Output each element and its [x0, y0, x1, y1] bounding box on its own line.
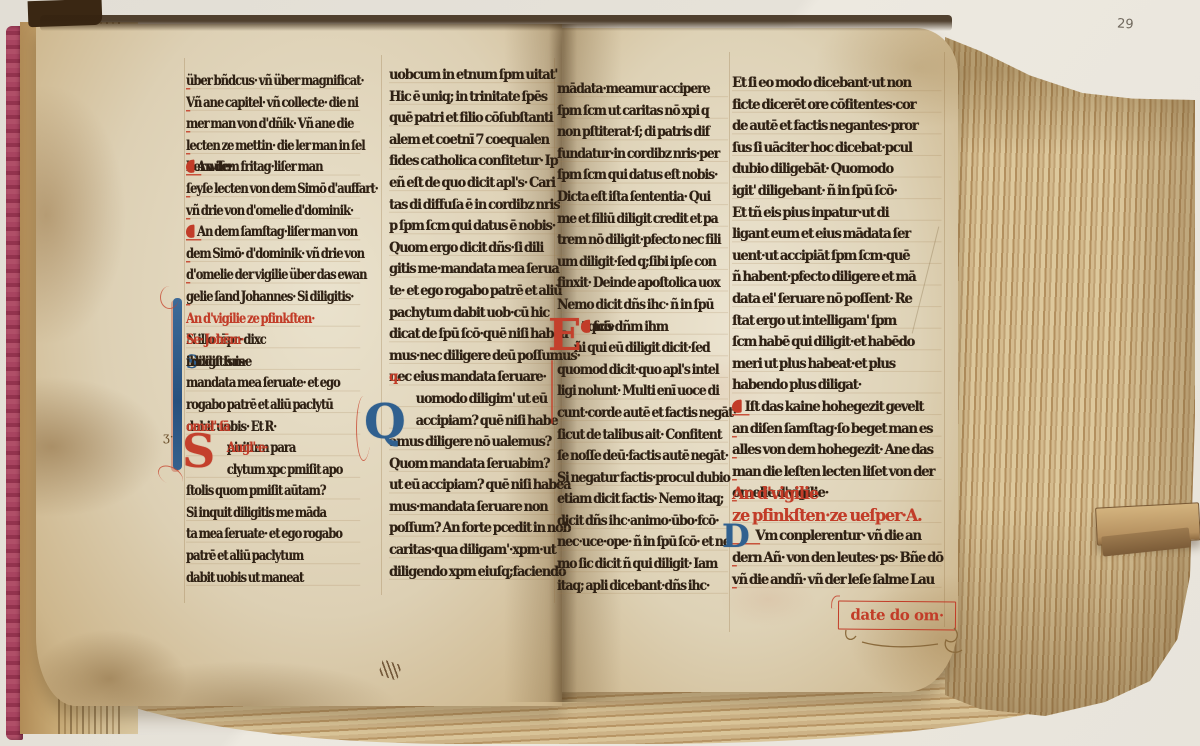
manuscript-text-line: dicat de ſpū ſcō·quē niſi habea	[389, 324, 566, 346]
manuscript-text-line: ta mea ſeruate· et ego rogabo	[186, 524, 360, 546]
initial-e-et-quis: E	[548, 314, 582, 358]
rubric-paragraph-mark	[732, 399, 742, 413]
manuscript-text-line: eñ eſt de quo dicit apl's· Cari	[389, 173, 566, 195]
manuscript-text-line: igit' diligebant· ñ in ſpū ſcō·	[732, 181, 942, 203]
manuscript-text-line: vñ die andñ· vñ der leſe ſalme Lau	[732, 570, 737, 592]
manuscript-text-line: pachytum dabit uob·cū hic	[389, 303, 566, 325]
initial-d-dum: D	[722, 520, 750, 552]
manuscript-text-line: ficte dicerēt ore cōfitentes·cor	[732, 95, 942, 117]
manuscript-text-line: An d'vigilie ze pfinkſten·	[186, 309, 360, 331]
manuscript-text-line: ſe noſſe deū·factis autē negāt·	[557, 446, 728, 468]
ruling-line	[944, 52, 945, 627]
manuscript-text-line: gitis me·mandata mea ſerua	[389, 259, 566, 281]
manuscript-text-line: uomodo diligim' ut eū	[389, 389, 566, 411]
manuscript-text-line: Nemo dicit dñs ihc· ñ in ſpū	[557, 295, 728, 317]
manuscript-text-line: me et filiū diligit credit et pa	[557, 209, 728, 231]
manuscript-text-line: dabit uobis ut maneat	[186, 568, 360, 590]
manuscript-column-d: Et ſi eo modo dicebant·ut nonficte dicer…	[732, 73, 942, 591]
manuscript-text-line: alles von dem hohegezit· Ane das	[732, 440, 737, 462]
manuscript-text-line: Et tñ eis pius inpatur·ut di	[732, 203, 942, 225]
manuscript-text-line: nec·uce·ope· ñ in ſpū ſcō· et ne	[557, 532, 728, 554]
rubric-paragraph-mark	[186, 225, 195, 239]
manuscript-text-line: ſpm ſcm qui datus eſt nobis·	[557, 165, 728, 187]
manuscript-text-line: data ei' ſeruare nō poſſent· Re	[732, 289, 942, 311]
manuscript-text-line: ñ habent·pfecto diligere et mā	[732, 267, 942, 289]
manuscript-text-line: ſtat ergo ut intelligam' ſpm	[732, 311, 942, 333]
manuscript-text-line: ihc diſ· ſuis· Si diligitis me	[186, 352, 360, 374]
manuscript-text-line: dicit dñs ihc·animo·ūbo·fcō·	[557, 511, 728, 533]
manuscript-text-line: ſus ſi uāciter hoc dicebat·pcul	[732, 138, 942, 160]
manuscript-text-line: habendo plus diligat·	[732, 375, 942, 397]
manuscript-text-line: über bñdcus· vñ über magnificat·	[186, 71, 190, 93]
manuscript-text-line: mandata mea ſeruate· et ego	[186, 373, 360, 395]
manuscript-text-line: amus diligere nō ualemus?	[389, 432, 566, 454]
penwork-flourish	[160, 286, 179, 309]
manuscript-text-line: nec eius mandata ſeruare· q.	[389, 367, 566, 389]
manuscript-text-line: te· et ego rogabo patrē et aliū	[389, 281, 566, 303]
manuscript-text-line: itaq; apli dicebant·dñs ihc·	[557, 576, 728, 598]
manuscript-text-line: Iſt das kaine hohegezit gevelt	[732, 397, 749, 419]
initial-s-spiritum: S	[182, 428, 215, 474]
manuscript-text-line: N illo tēpr· dixc Se· Johēm·	[186, 330, 360, 352]
rubric-paragraph-mark	[186, 160, 195, 174]
manuscript-text-line: ligant eum et eius mādata ſer	[732, 224, 942, 246]
manuscript-text-line: Si inquit diligitis me māda	[186, 503, 360, 525]
manuscript-text-line: ſeyſe lecten von dem Simō d'auffart·	[186, 179, 190, 201]
manuscript-text-line: gelie ſand Johannes· Si diligitis·	[186, 287, 190, 309]
manuscript-text-line: finxit· Deinde apoſtolica uox	[557, 273, 728, 295]
manuscript-text-line: uobcum in etnum ſpm uitat'	[389, 65, 566, 87]
manuscript-text-line: tas di diffuſa ē in cordibz nris	[389, 195, 566, 217]
manuscript-text-line: t quis dñm ihm ſcō·	[557, 317, 728, 339]
manuscript-text-line: dubio diligebāt· Quomodo	[732, 159, 942, 181]
manuscript-text-line: quē patri et filio cōſubſtanti	[389, 108, 566, 130]
manuscript-text-line: rogabo patrē et aliū paclytū	[186, 395, 360, 417]
manuscript-text-line: an diſen ſamſtag·ſo beget man es	[732, 419, 737, 441]
manuscript-text-line: ſtolis quom pmiſit aūtam?	[186, 481, 360, 503]
manuscript-text-line: cunt·corde autē et factis negāt·	[557, 403, 728, 425]
manuscript-text-line: ze pfinkſten·ze ueſper·A.	[732, 505, 942, 527]
manuscript-text-line: ſicut de talibus ait· Confitent	[557, 425, 728, 447]
ruling-line	[381, 55, 382, 595]
manuscript-column-a: über bñdcus· vñ über magnificat·Vñ ane c…	[186, 71, 360, 589]
manuscript-column-c: mādata·meamur accipereſpm ſcm ut caritas…	[557, 79, 728, 597]
top-page-edge-shadow	[40, 15, 952, 31]
quire-margin-mark: ʒ·	[163, 430, 174, 444]
manuscript-text-line: p ſpm ſcm qui datus ē nobis·	[389, 216, 566, 238]
manuscript-text-line: quomod dicit·quo apl's intel	[557, 360, 728, 382]
manuscript-text-line: ligi nolunt· Multi enī uoce di	[557, 381, 728, 403]
manuscript-text-line: Et ſi eo modo dicebant·ut non	[732, 73, 942, 95]
manuscript-text-line: Si negatur factis·procul dubio	[557, 468, 728, 490]
manuscript-text-line: mus·nec diligere deū poſſumus·	[389, 346, 566, 368]
manuscript-text-line: uent·ut accipiāt ſpm ſcm·quē	[732, 246, 942, 268]
penwork-flourish	[356, 396, 371, 461]
manuscript-text-line: man die leſten lecten liſet von der	[732, 462, 737, 484]
manuscript-text-line: mer man von d'dñik· Vñ ane die	[186, 114, 190, 136]
rubric-paragraph-mark	[581, 319, 590, 333]
manuscript-text-line: ut eū accipiam? quē niſi habea	[389, 475, 566, 497]
manuscript-text-line: meri ut plus habeat·et plus	[732, 354, 942, 376]
manuscript-text-line: trem nō diligit·pfecto nec fili	[557, 230, 728, 252]
manuscript-text-line: ſpm ſcm ut caritas nō xpi q	[557, 101, 728, 123]
manuscript-column-b: uobcum in etnum ſpm uitat'Hic ē uniq; in…	[389, 65, 566, 583]
manuscript-text-line: diligendo xpm eiuſq;faciendo	[389, 562, 566, 584]
folio-number: 29	[1117, 17, 1134, 33]
manuscript-text-line: Hic ē uniq; in trinitate ſpēs	[389, 87, 566, 109]
penwork-tail	[551, 360, 553, 424]
manuscript-text-line: caritas·qua diligam'·xpm·ut	[389, 540, 566, 562]
manuscript-text-line: d'omelie der vigilie über das ewan	[186, 265, 190, 287]
manuscript-text-line: um diligit·ſed q;ſibi ipſe con	[557, 252, 728, 274]
fore-edge-page-stack	[945, 30, 1195, 730]
manuscript-text-line: mādata·meamur accipere	[557, 79, 728, 101]
pen-doodle	[842, 626, 982, 666]
manuscript-text-line: de autē et factis negantes·pror	[732, 116, 942, 138]
manuscript-text-line: fundatur·in cordibz nris·per	[557, 144, 728, 166]
manuscript-text-line: omelie d'vigilie· An d'vigilie	[732, 483, 737, 505]
manuscript-text-line: alem et coetnī 7 coequalen	[389, 130, 566, 152]
manuscript-text-line: non pſtiterat·ſ; di patris dif	[557, 122, 728, 144]
ruling-line	[184, 58, 185, 603]
manuscript-text-line: Quom mandata ſeruabim?	[389, 454, 566, 476]
manuscript-text-line: mus·mandata ſeruare non	[389, 497, 566, 519]
manuscript-text-line: poſſum? An forte pcedit in nob	[389, 518, 566, 540]
manuscript-text-line: accipiam? quē niſi habe	[389, 411, 566, 433]
manuscript-text-line: Vñ ane capitel· vñ collecte· die ni	[186, 93, 190, 115]
decorated-initial-bar	[173, 298, 182, 470]
manuscript-text-line: etiam dicit factis· Nemo itaq;	[557, 489, 728, 511]
manuscript-text-line: dem Simō· d'dominik· vñ drie von	[186, 244, 190, 266]
manuscript-text-line: fides catholica confitetur· Ip	[389, 151, 566, 173]
manuscript-text-line: vñ drie von d'omelie d'dominik·	[186, 201, 190, 223]
manuscript-text-line: An dem ſamſtag·liſer man von	[186, 222, 201, 244]
manuscript-text-line: lecten ze mettin· die ler man in ſel	[186, 136, 190, 158]
manuscript-text-line: patrē et aliū paclytum	[186, 546, 360, 568]
manuscript-text-line: Dicta eſt iſta ſententia· Qui	[557, 187, 728, 209]
manuscript-text-line: ſcm habē qui diligit·et habēdo	[732, 332, 942, 354]
manuscript-text-line: ñi qui eū diligit dicit·ſed	[557, 338, 728, 360]
manuscript-photo: über bñdcus· vñ über magnificat·Vñ ane c…	[0, 0, 1200, 746]
manuscript-text-line: mo ſic dicit ñ qui diligit· Iam	[557, 554, 728, 576]
manuscript-text-line: her wiſe· An dem fritag·liſer man	[186, 157, 201, 179]
manuscript-text-line: Quom ergo dicit dñs·ſi dili	[389, 238, 566, 260]
